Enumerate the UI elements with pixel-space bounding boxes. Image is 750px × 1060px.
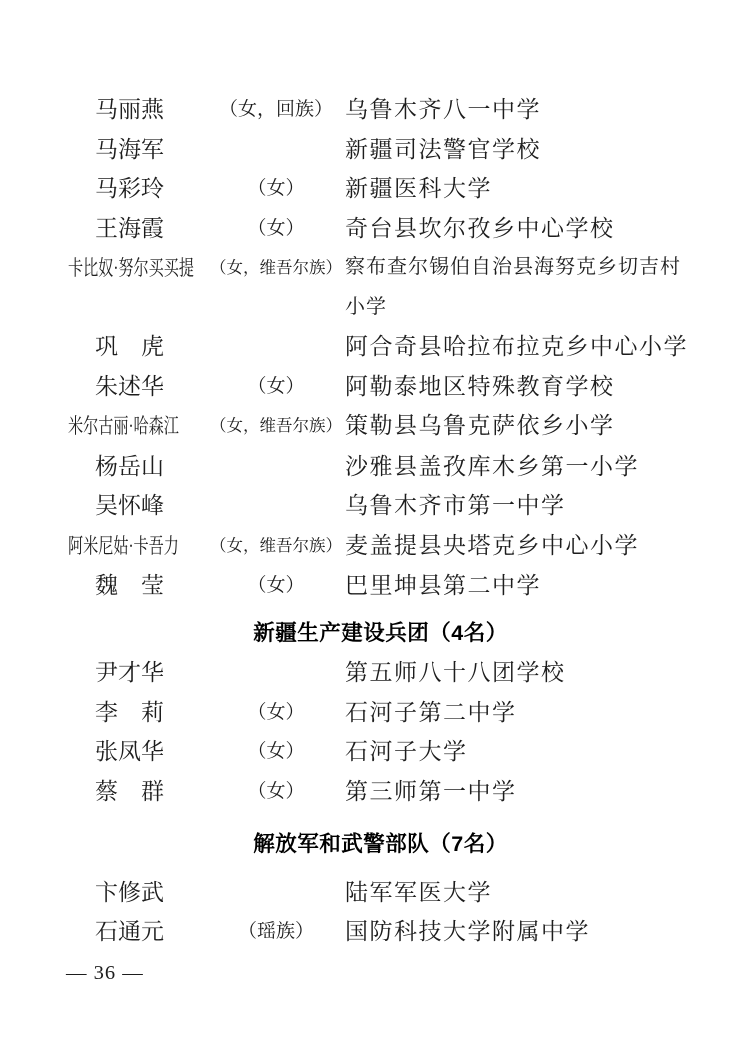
entry-name-text: 杨岳山 — [68, 447, 164, 487]
entry-gender-ethnicity-note: （女，维吾尔族） — [207, 406, 345, 446]
entry-row: 米尔古丽·哈森江（女，维吾尔族）策勒县乌鲁克萨依乡小学 — [68, 406, 693, 447]
entry-row: 朱述华（女）阿勒泰地区特殊教育学校 — [68, 367, 693, 407]
entry-row: 马丽燕（女，回族）乌鲁木齐八一中学 — [68, 90, 693, 130]
entry-school: 第三师第一中学 — [345, 772, 691, 812]
entry-name: 卞修武 — [68, 873, 207, 913]
entry-name-text: 朱述华 — [68, 367, 164, 407]
section-heading: 解放军和武警部队（7名） — [68, 825, 693, 865]
entry-name: 马海军 — [68, 130, 207, 170]
name-list: 马丽燕（女，回族）乌鲁木齐八一中学马海军新疆司法警官学校马彩玲（女）新疆医科大学… — [68, 90, 693, 952]
entry-name: 马丽燕 — [68, 90, 207, 130]
entry-name: 王海霞 — [68, 209, 207, 249]
entry-gender-ethnicity-note: （瑶族） — [207, 912, 345, 952]
entry-name: 朱述华 — [68, 367, 207, 407]
entry-row: 巩 虎阿合奇县哈拉布拉克乡中心小学 — [68, 327, 693, 367]
entry-school: 石河子大学 — [345, 732, 691, 772]
entry-gender-ethnicity-note: （女） — [207, 209, 345, 249]
entry-school: 阿合奇县哈拉布拉克乡中心小学 — [345, 327, 691, 367]
entry-school: 阿勒泰地区特殊教育学校 — [345, 367, 691, 407]
section-heading: 新疆生产建设兵团（4名） — [68, 614, 693, 654]
entry-name: 马彩玲 — [68, 169, 207, 209]
entry-gender-ethnicity-note: （女） — [207, 566, 345, 606]
entry-name-text: 张凤华 — [68, 732, 164, 772]
entry-school: 第五师八十八团学校 — [345, 653, 691, 693]
entry-school: 石河子第二中学 — [345, 693, 691, 733]
entry-name-text: 巩 虎 — [68, 327, 164, 367]
entry-name-text: 马海军 — [68, 130, 164, 170]
document-page: 马丽燕（女，回族）乌鲁木齐八一中学马海军新疆司法警官学校马彩玲（女）新疆医科大学… — [0, 0, 750, 1060]
entry-name: 石通元 — [68, 912, 207, 952]
entry-name-text: 石通元 — [68, 912, 164, 952]
entry-school: 察布查尔锡伯自治县海努克乡切吉村小学 — [345, 248, 691, 327]
entry-name-text: 蔡 群 — [68, 772, 164, 812]
entry-name: 李 莉 — [68, 693, 207, 733]
entry-school: 沙雅县盖孜库木乡第一小学 — [345, 447, 691, 487]
entry-gender-ethnicity-note: （女，维吾尔族） — [207, 248, 345, 288]
entry-name-text: 米尔古丽·哈森江 — [68, 407, 179, 447]
entry-school: 乌鲁木齐八一中学 — [345, 90, 691, 130]
entry-name: 巩 虎 — [68, 327, 207, 367]
entry-row: 张凤华（女）石河子大学 — [68, 732, 693, 772]
entry-school: 策勒县乌鲁克萨依乡小学 — [345, 406, 691, 446]
entry-name-text: 阿米尼姑·卡吾力 — [68, 527, 179, 567]
entry-name-text: 魏 莹 — [68, 566, 164, 606]
entry-row: 蔡 群（女）第三师第一中学 — [68, 772, 693, 812]
entry-school: 巴里坤县第二中学 — [345, 566, 691, 606]
entry-gender-ethnicity-note: （女） — [207, 732, 345, 772]
entry-row: 马彩玲（女）新疆医科大学 — [68, 169, 693, 209]
entry-row: 魏 莹（女）巴里坤县第二中学 — [68, 566, 693, 606]
entry-gender-ethnicity-note: （女，回族） — [207, 90, 345, 130]
entry-name: 张凤华 — [68, 732, 207, 772]
entry-gender-ethnicity-note: （女） — [207, 772, 345, 812]
entry-name: 卡比奴·努尔买买提 — [68, 248, 207, 289]
entry-name: 蔡 群 — [68, 772, 207, 812]
entry-name: 吴怀峰 — [68, 486, 207, 526]
entry-name: 尹才华 — [68, 653, 207, 693]
entry-gender-ethnicity-note: （女） — [207, 169, 345, 209]
entry-school: 国防科技大学附属中学 — [345, 912, 691, 952]
entry-row: 杨岳山沙雅县盖孜库木乡第一小学 — [68, 447, 693, 487]
entry-row: 尹才华第五师八十八团学校 — [68, 653, 693, 693]
entry-name: 魏 莹 — [68, 566, 207, 606]
entry-row: 阿米尼姑·卡吾力（女，维吾尔族）麦盖提县央塔克乡中心小学 — [68, 526, 693, 567]
entry-name-text: 尹才华 — [68, 653, 164, 693]
entry-name: 阿米尼姑·卡吾力 — [68, 526, 207, 567]
entry-row: 卞修武陆军军医大学 — [68, 873, 693, 913]
entry-school: 奇台县坎尔孜乡中心学校 — [345, 209, 691, 249]
entry-gender-ethnicity-note: （女） — [207, 367, 345, 407]
entry-name-text: 吴怀峰 — [68, 486, 164, 526]
entry-name-text: 马彩玲 — [68, 169, 164, 209]
entry-name: 杨岳山 — [68, 447, 207, 487]
page-number: — 36 — — [66, 962, 144, 985]
entry-school: 陆军军医大学 — [345, 873, 691, 913]
entry-row: 石通元（瑶族）国防科技大学附属中学 — [68, 912, 693, 952]
entry-name-text: 李 莉 — [68, 693, 164, 733]
entry-row: 卡比奴·努尔买买提（女，维吾尔族）察布查尔锡伯自治县海努克乡切吉村小学 — [68, 248, 693, 327]
entry-name-text: 卞修武 — [68, 873, 164, 913]
entry-row: 马海军新疆司法警官学校 — [68, 130, 693, 170]
entry-school: 麦盖提县央塔克乡中心小学 — [345, 526, 691, 566]
entry-gender-ethnicity-note: （女） — [207, 693, 345, 733]
entry-school: 新疆司法警官学校 — [345, 130, 691, 170]
entry-row: 李 莉（女）石河子第二中学 — [68, 693, 693, 733]
entry-name-text: 卡比奴·努尔买买提 — [68, 249, 194, 289]
entry-gender-ethnicity-note: （女，维吾尔族） — [207, 526, 345, 566]
entry-name: 米尔古丽·哈森江 — [68, 406, 207, 447]
entry-school: 新疆医科大学 — [345, 169, 691, 209]
entry-row: 王海霞（女）奇台县坎尔孜乡中心学校 — [68, 209, 693, 249]
entry-row: 吴怀峰乌鲁木齐市第一中学 — [68, 486, 693, 526]
entry-name-text: 马丽燕 — [68, 90, 164, 130]
entry-name-text: 王海霞 — [68, 209, 164, 249]
entry-school: 乌鲁木齐市第一中学 — [345, 486, 691, 526]
